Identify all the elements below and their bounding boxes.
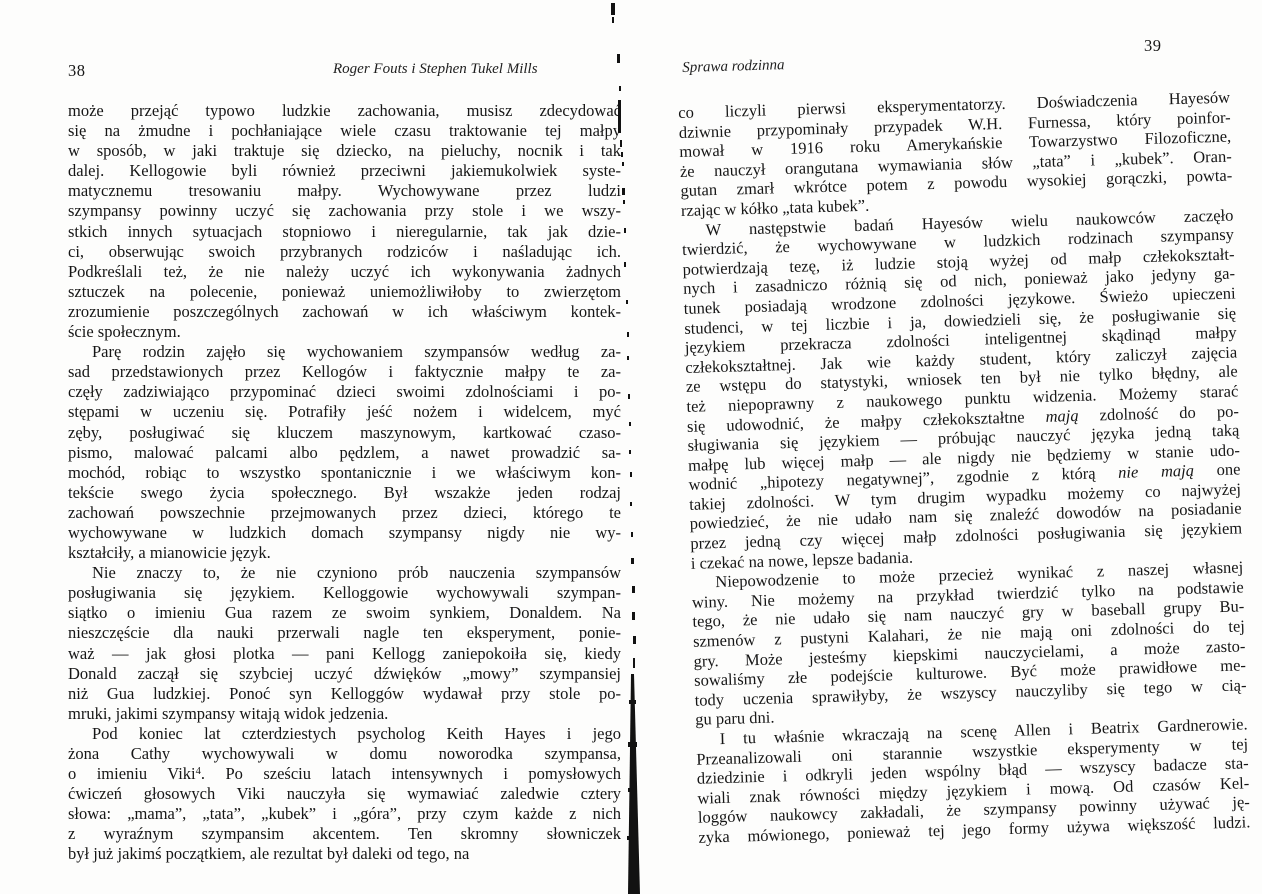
text-line: wychowywane w ludzkich domach szympansy … [68, 523, 621, 543]
text-line: w sposób, w jaki traktuje się dziecko, n… [68, 141, 621, 161]
left-running-head: Roger Fouts i Stephen Tukel Mills [333, 61, 538, 78]
text-line: ćwiczeń głosowych Viki nauczyła się wyma… [68, 784, 621, 804]
text-line: Donald zaczął się szybciej uczyć dźwiękó… [68, 664, 621, 684]
right-page-text: co liczyli pierwsi eksperymentatorzy. Do… [678, 88, 1251, 848]
left-page-text: może przejąć typowo ludzkie zachowania, … [68, 101, 621, 865]
text-line: zrozumienie poszczególnych zachowań w ic… [68, 302, 621, 322]
text-line: Pod koniec lat czterdziestych psycholog … [68, 724, 621, 744]
text-line: Podkreślali też, że nie należy uczyć ich… [68, 262, 621, 282]
text-line: zachowań powszechnie przejmowanych przez… [68, 503, 621, 523]
text-line: dalej. Kellogowie byli również przeciwni… [68, 161, 621, 181]
book-scan-spread: 38 Roger Fouts i Stephen Tukel Mills moż… [0, 0, 1262, 894]
text-line: ście społecznym. [68, 322, 621, 342]
text-line: był już jakimś początkiem, ale rezultat … [68, 844, 621, 864]
text-line: Parę rodzin zajęło się wychowaniem szymp… [68, 342, 621, 362]
text-line: mochód, robiąc to wszystko spontanicznie… [68, 463, 621, 483]
text-line: siątko o imieniu Gua razem ze swoim synk… [68, 603, 621, 623]
text-line: waż — jak głosi plotka — pani Kellogg za… [68, 644, 621, 664]
text-line: z wyraźnym szympansim akcentem. Ten skro… [68, 824, 621, 844]
text-line: posługiwania się językiem. Kelloggowie w… [68, 583, 621, 603]
text-line: matycznemu tresowaniu małpy. Wychowywane… [68, 181, 621, 201]
text-line: sztuczek na polecenie, ponieważ uniemożl… [68, 282, 621, 302]
left-page-number: 38 [68, 61, 86, 81]
text-line: niż Gua ludzkiej. Ponoć syn Kelloggów wy… [68, 684, 621, 704]
text-line: częły zadziwiająco przypominać dzieci sw… [68, 382, 621, 402]
text-line: stępami w uczeniu się. Potrafiły jeść no… [68, 402, 621, 422]
text-line: pismo, malować palcami albo pędzlem, a n… [68, 443, 621, 463]
text-line: zęby, posługiwać się kluczem maszynowym,… [68, 423, 621, 443]
text-line: Nie znaczy to, że nie czyniono prób nauc… [68, 563, 621, 583]
text-line: o imieniu Viki4. Po sześciu latach inten… [68, 764, 621, 784]
text-line: sad przedstawionych przez Kellogów i fak… [68, 362, 621, 382]
right-page-number: 39 [1144, 36, 1162, 56]
text-line: nieszczęście dla nauki przerwali nagle t… [68, 623, 621, 643]
text-line: może przejąć typowo ludzkie zachowania, … [68, 101, 621, 121]
text-line: żona Cathy wychowywali w domu noworodka … [68, 744, 621, 764]
right-running-head: Sprawa rodzinna [682, 57, 785, 77]
text-line: ci, obserwując swoich przybranych rodzic… [68, 242, 621, 262]
text-line: kształciły, a mianowicie język. [68, 543, 621, 563]
text-line: mruki, jakimi szympansy witają widok jed… [68, 704, 621, 724]
text-line: tekście swego życia społecznego. Był wsz… [68, 483, 621, 503]
text-line: stkich innych sytuacjach stopniowo i nie… [68, 222, 621, 242]
text-line: słowa: „mama”, „tata”, „kubek” i „góra”,… [68, 804, 621, 824]
text-line: szympansy powinny uczyć się zachowania p… [68, 201, 621, 221]
text-line: się na żmudne i pochłaniające wiele czas… [68, 121, 621, 141]
